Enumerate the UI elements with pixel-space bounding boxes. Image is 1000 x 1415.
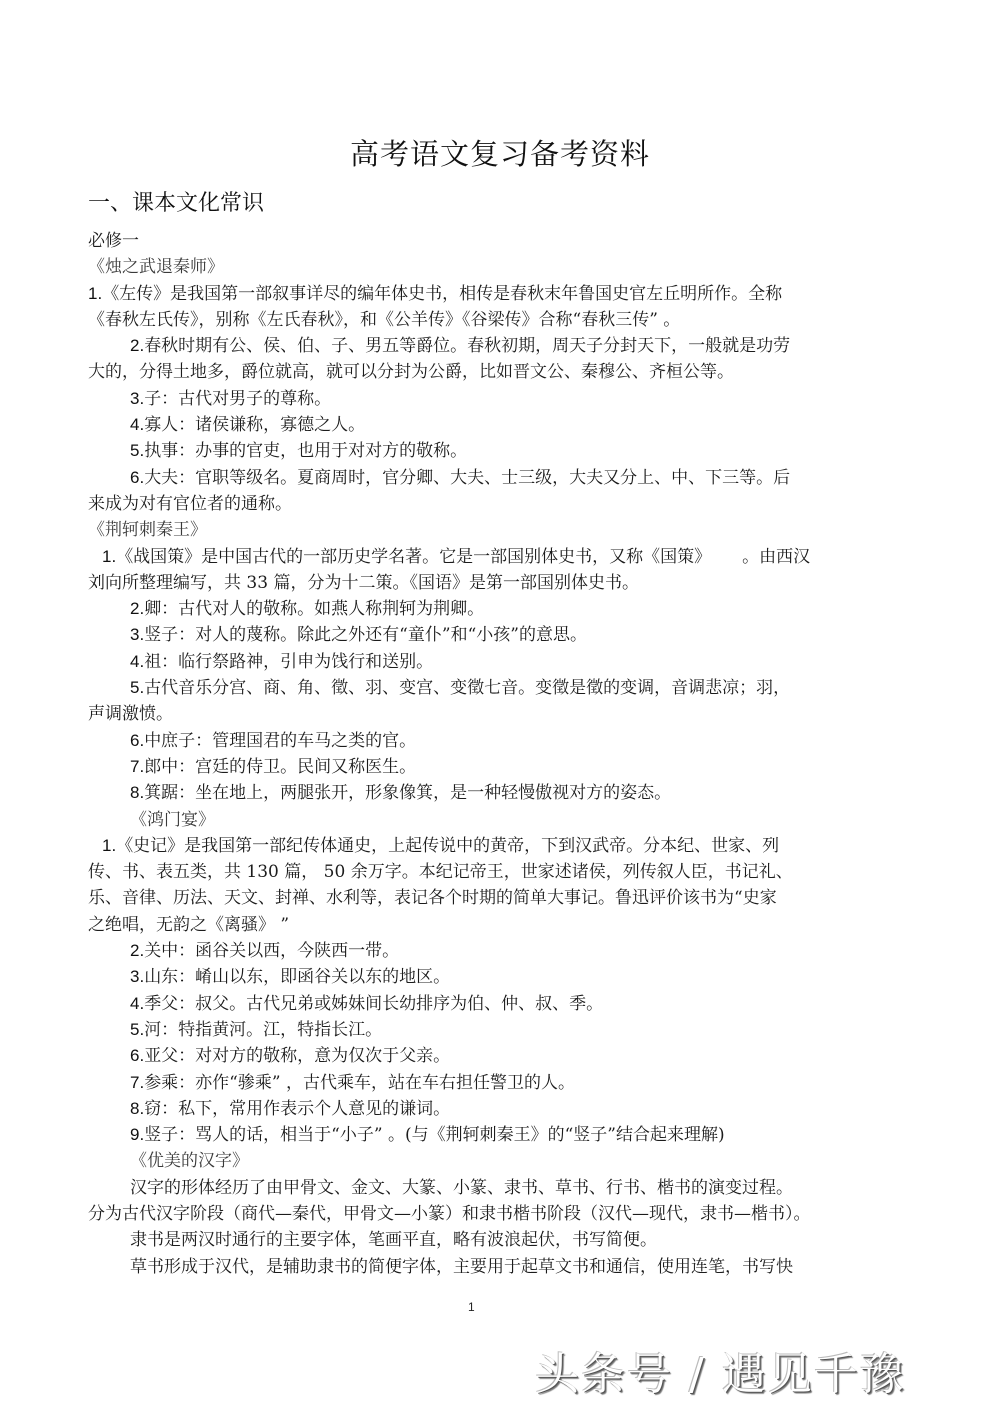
line-text: 祖：临行祭路神，引申为饯行和送别。 bbox=[144, 652, 433, 672]
continuation-line: 声调激愤。 bbox=[88, 701, 918, 727]
line-text: 必修一 bbox=[88, 231, 139, 251]
continuation-line: 《春秋左氏传》，别称《左氏春秋》，和《公羊传》《谷梁传》合称“春秋三传” 。 bbox=[88, 307, 918, 333]
list-item: 2.卿：古代对人的敬称。如燕人称荆轲为荆卿。 bbox=[88, 596, 918, 622]
line-text: 隶书是两汉时通行的主要字体，笔画平直，略有波浪起伏，书写简便。 bbox=[130, 1230, 657, 1250]
line-text: 春秋时期有公、侯、伯、子、男五等爵位。春秋初期，周天子分封天下，一般就是功劳 bbox=[144, 336, 790, 356]
item-number: 6. bbox=[130, 1046, 144, 1065]
list-item: 8.窃：私下，常用作表示个人意见的谦词。 bbox=[88, 1096, 918, 1122]
list-item: 4.寡人：诸侯谦称，寡德之人。 bbox=[88, 412, 918, 438]
list-item: 8.箕踞：坐在地上，两腿张开，形象像箕，是一种轻慢傲视对方的姿态。 bbox=[88, 780, 918, 806]
line-text: 传、书、表五类，共 130 篇， 50 余万字。本纪记帝王，世家述诸侯，列传叙人… bbox=[88, 862, 793, 882]
list-item: 汉字的形体经历了由甲骨文、金文、大篆、小篆、隶书、草书、行书、楷书的演变过程。 bbox=[88, 1175, 918, 1201]
item-number: 1. bbox=[102, 836, 116, 855]
line-text: 《春秋左氏传》，别称《左氏春秋》，和《公羊传》《谷梁传》合称“春秋三传” 。 bbox=[88, 310, 680, 330]
item-number: 3. bbox=[130, 625, 144, 644]
item-number: 5. bbox=[130, 441, 144, 460]
list-item: 草书形成于汉代，是辅助隶书的简便字体，主要用于起草文书和通信，使用连笔，书写快 bbox=[88, 1254, 918, 1280]
list-item: 4.季父：叔父。古代兄弟或姊妹间长幼排序为伯、仲、叔、季。 bbox=[88, 991, 918, 1017]
list-item: 1.《史记》是我国第一部纪传体通史，上起传说中的黄帝，下到汉武帝。分本纪、世家、… bbox=[88, 833, 918, 859]
line-text: 乐、音律、历法、天文、封禅、水利等，表记各个时期的简单大事记。鲁迅评价该书为“史… bbox=[88, 888, 777, 908]
list-item: 7.郎中：宫廷的侍卫。民间又称医生。 bbox=[88, 754, 918, 780]
line-text: 《烛之武退秦师》 bbox=[88, 257, 224, 277]
line-text: 郎中：宫廷的侍卫。民间又称医生。 bbox=[144, 757, 416, 777]
item-number: 8. bbox=[130, 1099, 144, 1118]
line-text: 中庶子：管理国君的车马之类的官。 bbox=[144, 731, 416, 751]
line-text: 《史记》是我国第一部纪传体通史，上起传说中的黄帝，下到汉武帝。分本纪、世家、列 bbox=[116, 836, 779, 856]
list-item: 2.关中：函谷关以西，今陕西一带。 bbox=[88, 938, 918, 964]
list-item: 3.山东：崤山以东，即函谷关以东的地区。 bbox=[88, 964, 918, 990]
page-number: 1 bbox=[468, 1300, 475, 1314]
list-item: 1.《战国策》是中国古代的一部历史学名著。它是一部国别体史书，又称《国策》 。由… bbox=[88, 544, 918, 570]
list-item: 5.河：特指黄河。江，特指长江。 bbox=[88, 1017, 918, 1043]
line-text: 分为古代汉字阶段（商代—秦代，甲骨文—小篆）和隶书楷书阶段（汉代—现代，隶书—楷… bbox=[88, 1204, 811, 1224]
item-number: 6. bbox=[130, 468, 144, 487]
line-text: 寡人：诸侯谦称，寡德之人。 bbox=[144, 415, 365, 435]
line-text: 亚父：对对方的敬称，意为仅次于父亲。 bbox=[144, 1046, 450, 1066]
list-item: 3.竖子：对人的蔑称。除此之外还有“童仆”和“小孩”的意思。 bbox=[88, 622, 918, 648]
item-number: 7. bbox=[130, 757, 144, 776]
line-text: 来成为对有官位者的通称。 bbox=[88, 494, 292, 514]
list-item: 4.祖：临行祭路神，引申为饯行和送别。 bbox=[88, 649, 918, 675]
item-number: 2. bbox=[130, 336, 144, 355]
list-item: 3.子：古代对男子的尊称。 bbox=[88, 386, 918, 412]
section-heading: 一、课本文化常识 bbox=[88, 186, 264, 217]
item-number: 3. bbox=[130, 389, 144, 408]
item-number: 4. bbox=[130, 415, 144, 434]
line-text: 草书形成于汉代，是辅助隶书的简便字体，主要用于起草文书和通信，使用连笔，书写快 bbox=[130, 1257, 793, 1277]
subheading: 必修一 bbox=[88, 228, 918, 254]
line-text: 窃：私下，常用作表示个人意见的谦词。 bbox=[144, 1099, 450, 1119]
document-title: 高考语文复习备考资料 bbox=[0, 132, 1000, 173]
list-item: 6.亚父：对对方的敬称，意为仅次于父亲。 bbox=[88, 1043, 918, 1069]
line-text: 大的，分得土地多，爵位就高，就可以分封为公爵，比如晋文公、秦穆公、齐桓公等。 bbox=[88, 362, 734, 382]
list-item: 2.春秋时期有公、侯、伯、子、男五等爵位。春秋初期，周天子分封天下，一般就是功劳 bbox=[88, 333, 918, 359]
item-number: 8. bbox=[130, 783, 144, 802]
line-text: 《荆轲刺秦王》 bbox=[88, 520, 207, 540]
item-number: 6. bbox=[130, 731, 144, 750]
item-number: 5. bbox=[130, 678, 144, 697]
line-text: 《鸿门宴》 bbox=[130, 810, 215, 830]
line-text: 竖子：对人的蔑称。除此之外还有“童仆”和“小孩”的意思。 bbox=[144, 625, 587, 645]
list-item: 5.执事：办事的官吏，也用于对对方的敬称。 bbox=[88, 438, 918, 464]
continuation-line: 之绝唱，无韵之《离骚》 ” bbox=[88, 912, 918, 938]
document-page: 高考语文复习备考资料 一、课本文化常识 必修一《烛之武退秦师》1.《左传》是我国… bbox=[0, 0, 1000, 1415]
continuation-line: 乐、音律、历法、天文、封禅、水利等，表记各个时期的简单大事记。鲁迅评价该书为“史… bbox=[88, 885, 918, 911]
item-number: 1. bbox=[102, 547, 116, 566]
item-number: 7. bbox=[130, 1073, 144, 1092]
list-item: 9.竖子：骂人的话，相当于“小子” 。(与《荆轲刺秦王》的“竖子”结合起来理解) bbox=[88, 1122, 918, 1148]
book-title: 《鸿门宴》 bbox=[88, 807, 918, 833]
book-title: 《烛之武退秦师》 bbox=[88, 254, 918, 280]
line-text: 《左传》是我国第一部叙事详尽的编年体史书，相传是春秋末年鲁国史官左丘明所作。全称 bbox=[102, 284, 782, 304]
watermark: 头条号 / 遇见千豫 bbox=[535, 1338, 906, 1402]
continuation-line: 传、书、表五类，共 130 篇， 50 余万字。本纪记帝王，世家述诸侯，列传叙人… bbox=[88, 859, 918, 885]
line-text: 关中：函谷关以西，今陕西一带。 bbox=[144, 941, 399, 961]
line-text: 声调激愤。 bbox=[88, 704, 173, 724]
book-title: 《荆轲刺秦王》 bbox=[88, 517, 918, 543]
line-text: 执事：办事的官吏，也用于对对方的敬称。 bbox=[144, 441, 467, 461]
line-text: 河：特指黄河。江，特指长江。 bbox=[144, 1020, 382, 1040]
continuation-line: 大的，分得土地多，爵位就高，就可以分封为公爵，比如晋文公、秦穆公、齐桓公等。 bbox=[88, 359, 918, 385]
line-text: 山东：崤山以东，即函谷关以东的地区。 bbox=[144, 967, 450, 987]
list-item: 6.大夫：官职等级名。夏商周时，官分卿、大夫、士三级，大夫又分上、中、下三等。后 bbox=[88, 465, 918, 491]
book-title: 《优美的汉字》 bbox=[88, 1148, 918, 1174]
item-number: 2. bbox=[130, 599, 144, 618]
line-text: 卿：古代对人的敬称。如燕人称荆轲为荆卿。 bbox=[144, 599, 484, 619]
line-text: 季父：叔父。古代兄弟或姊妹间长幼排序为伯、仲、叔、季。 bbox=[144, 994, 603, 1014]
continuation-line: 刘向所整理编写，共 33 篇，分为十二策。《国语》是第一部国别体史书。 bbox=[88, 570, 918, 596]
line-text: 《战国策》是中国古代的一部历史学名著。它是一部国别体史书，又称《国策》 。由西汉 bbox=[116, 547, 810, 567]
line-text: 子：古代对男子的尊称。 bbox=[144, 389, 331, 409]
item-number: 2. bbox=[130, 941, 144, 960]
continuation-line: 分为古代汉字阶段（商代—秦代，甲骨文—小篆）和隶书楷书阶段（汉代—现代，隶书—楷… bbox=[88, 1201, 918, 1227]
document-body: 必修一《烛之武退秦师》1.《左传》是我国第一部叙事详尽的编年体史书，相传是春秋末… bbox=[88, 228, 918, 1280]
line-text: 之绝唱，无韵之《离骚》 ” bbox=[88, 915, 289, 935]
list-item: 1.《左传》是我国第一部叙事详尽的编年体史书，相传是春秋末年鲁国史官左丘明所作。… bbox=[88, 281, 918, 307]
item-number: 9. bbox=[130, 1125, 144, 1144]
continuation-line: 来成为对有官位者的通称。 bbox=[88, 491, 918, 517]
line-text: 刘向所整理编写，共 33 篇，分为十二策。《国语》是第一部国别体史书。 bbox=[88, 573, 639, 593]
item-number: 3. bbox=[130, 967, 144, 986]
item-number: 4. bbox=[130, 994, 144, 1013]
list-item: 7.参乘：亦作“骖乘” ，古代乘车，站在车右担任警卫的人。 bbox=[88, 1070, 918, 1096]
line-text: 竖子：骂人的话，相当于“小子” 。(与《荆轲刺秦王》的“竖子”结合起来理解) bbox=[144, 1125, 724, 1145]
list-item: 5.古代音乐分宫、商、角、徵、羽、变宫、变徵七音。变徵是徵的变调，音调悲凉；羽， bbox=[88, 675, 918, 701]
line-text: 《优美的汉字》 bbox=[130, 1151, 249, 1171]
item-number: 4. bbox=[130, 652, 144, 671]
list-item: 隶书是两汉时通行的主要字体，笔画平直，略有波浪起伏，书写简便。 bbox=[88, 1227, 918, 1253]
item-number: 1. bbox=[88, 284, 102, 303]
line-text: 箕踞：坐在地上，两腿张开，形象像箕，是一种轻慢傲视对方的姿态。 bbox=[144, 783, 671, 803]
list-item: 6.中庶子：管理国君的车马之类的官。 bbox=[88, 728, 918, 754]
line-text: 古代音乐分宫、商、角、徵、羽、变宫、变徵七音。变徵是徵的变调，音调悲凉；羽， bbox=[144, 678, 790, 698]
item-number: 5. bbox=[130, 1020, 144, 1039]
line-text: 参乘：亦作“骖乘” ，古代乘车，站在车右担任警卫的人。 bbox=[144, 1073, 575, 1093]
line-text: 汉字的形体经历了由甲骨文、金文、大篆、小篆、隶书、草书、行书、楷书的演变过程。 bbox=[130, 1178, 793, 1198]
line-text: 大夫：官职等级名。夏商周时，官分卿、大夫、士三级，大夫又分上、中、下三等。后 bbox=[144, 468, 790, 488]
